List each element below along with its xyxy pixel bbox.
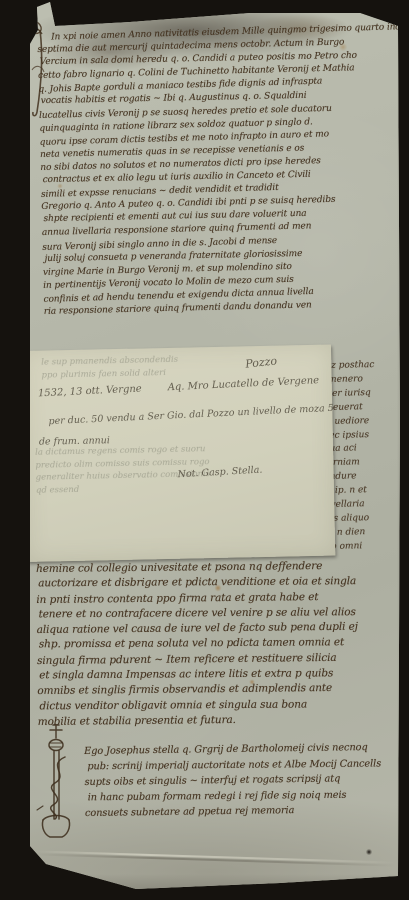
lower-text-block: hemine col collegio univesitate et psona… — [36, 558, 402, 730]
slip-heading: Pozzo — [245, 354, 278, 370]
slip-showthrough-upper: le sup pmanendis abscondendisppo plurimi… — [41, 354, 178, 382]
slip-summary-line-2: de frum. annui — [39, 435, 110, 447]
manuscript-fragment: ab omni — [325, 539, 407, 554]
closing-text-block: Ego Josephus stella q. Grgrij de Barthol… — [84, 740, 403, 822]
manuscript-line: in hanc pubam formam redegi i rej fide s… — [88, 787, 406, 806]
slip-agent: Aq. Mro Lucatello de Vergene — [167, 375, 319, 393]
manuscript-line: pub: scrinij imperialj auctoritate nots … — [87, 756, 405, 775]
archival-slip: le sup pmanendis abscondendisppo plurimi… — [23, 345, 335, 562]
manuscript-line: auctorizare et disbrigare et pdicta vend… — [38, 574, 402, 592]
right-margin-fragments: toz posthaclimeneroqter iurisqrueuerattz… — [322, 358, 408, 554]
manuscript-line: tenere et no contrafacere dicere vel ven… — [39, 605, 403, 623]
manuscript-line: shp. promissa et pena soluta vel no pdic… — [39, 635, 403, 653]
slip-date: 1532, 13 ott. Vergne — [38, 383, 142, 399]
notarial-sign-icon — [30, 722, 82, 844]
slip-summary-line-1: per duc. 50 vendu a Ser Gio. dal Pozzo u… — [48, 403, 334, 427]
manuscript-scan: In xpi noie amen Anno nativitatis eiusde… — [0, 0, 409, 900]
parchment-sheet: In xpi noie amen Anno nativitatis eiusde… — [0, 0, 409, 900]
showthrough-line: ppo plurimis faen solid alteri — [41, 366, 178, 381]
upper-text-block: In xpi noie amen Anno nativitatis eiusde… — [37, 22, 406, 319]
manuscript-line: et singla damna Impensas ac intere litis… — [39, 666, 403, 684]
manuscript-line: dictus venditor obligavit omnia et singu… — [39, 696, 403, 714]
